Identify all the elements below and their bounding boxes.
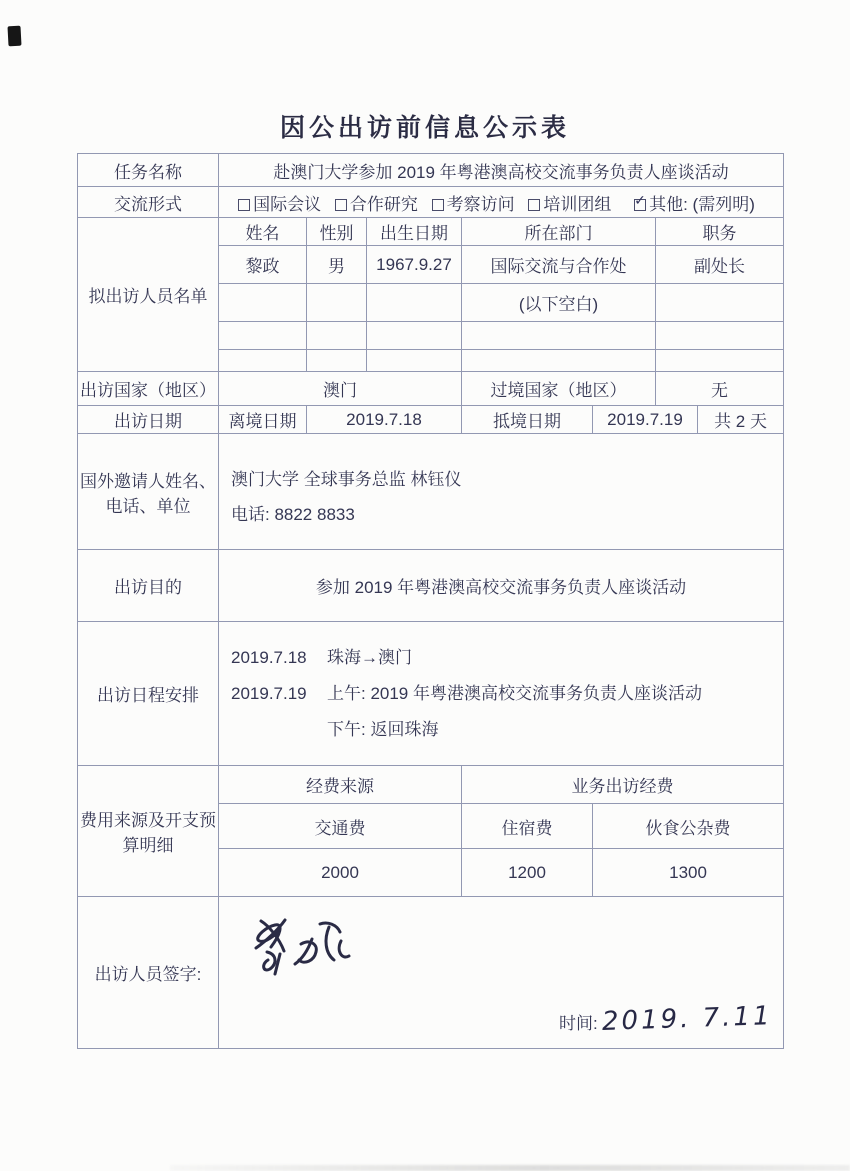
cell-birthdate — [367, 284, 462, 322]
task-row: 任务名称 赴澳门大学参加 2019 年粤港澳高校交流事务负责人座谈活动 — [78, 154, 784, 187]
depart-date-label: 离境日期 — [219, 406, 307, 434]
checkbox-icon — [432, 199, 444, 211]
budget-val-transport: 2000 — [219, 849, 462, 897]
option-training-group: 培训团组 — [528, 195, 611, 214]
depart-date-value: 2019.7.18 — [307, 406, 462, 434]
cell-birthdate — [367, 322, 462, 350]
schedule-text: 上午: 2019 年粤港澳高校交流事务负责人座谈活动 — [327, 684, 702, 703]
budget-val-lodging: 1200 — [462, 849, 593, 897]
signature-time: 时间: 2019. 7.11 — [559, 1006, 773, 1036]
exchange-label: 交流形式 — [78, 187, 219, 218]
option-joint-research: 合作研究 — [335, 195, 418, 214]
cell-gender — [307, 322, 367, 350]
purpose-row: 出访目的 参加 2019 年粤港澳高校交流事务负责人座谈活动 — [78, 550, 784, 622]
form-table: 任务名称 赴澳门大学参加 2019 年粤港澳高校交流事务负责人座谈活动 交流形式… — [77, 153, 784, 1049]
option-label: 培训团组 — [543, 195, 611, 214]
budget-cat-meals: 伙食公杂费 — [593, 804, 784, 849]
exchange-row: 交流形式 国际会议 合作研究 考察访问 培训团组 ✓其他: (需列明) — [78, 187, 784, 218]
budget-cat-lodging: 住宿费 — [462, 804, 593, 849]
countries-row: 出访国家（地区） 澳门 过境国家（地区） 无 — [78, 372, 784, 406]
schedule-line: 2019.7.19上午: 2019 年粤港澳高校交流事务负责人座谈活动 — [231, 676, 783, 712]
dest-country-label: 出访国家（地区） — [78, 372, 219, 406]
option-other-checked: ✓其他: (需列明) — [634, 195, 755, 214]
cell-birthdate — [367, 350, 462, 372]
cell-gender: 男 — [307, 246, 367, 284]
arrive-date-label: 抵境日期 — [462, 406, 593, 434]
scanned-form-page: 因公出访前信息公示表 任务名称 赴澳门大学参加 2019 年粤港澳高校交流事务负… — [0, 0, 850, 1171]
cell-position — [656, 350, 784, 372]
col-header-birthdate: 出生日期 — [367, 218, 462, 246]
signature-row: 出访人员签字: — [78, 897, 784, 1049]
cell-department — [462, 322, 656, 350]
cell-gender — [307, 350, 367, 372]
personnel-header-row: 拟出访人员名单 姓名 性别 出生日期 所在部门 职务 — [78, 218, 784, 246]
inviter-details: 澳门大学 全球事务总监 林钰仪 电话: 8822 8833 — [219, 452, 783, 532]
option-label: 合作研究 — [350, 195, 418, 214]
inviter-name-line: 澳门大学 全球事务总监 林钰仪 — [231, 462, 783, 497]
cell-position — [656, 322, 784, 350]
purpose-value: 参加 2019 年粤港澳高校交流事务负责人座谈活动 — [219, 550, 784, 622]
budget-val-meals: 1300 — [593, 849, 784, 897]
task-value: 赴澳门大学参加 2019 年粤港澳高校交流事务负责人座谈活动 — [219, 154, 784, 187]
handwritten-date: 2019. 7.11 — [602, 1001, 774, 1037]
dest-country-value: 澳门 — [219, 372, 462, 406]
col-header-department: 所在部门 — [462, 218, 656, 246]
budget-type-header: 业务出访经费 — [462, 766, 784, 804]
budget-label: 费用来源及开支预算明细 — [78, 766, 219, 897]
schedule-label: 出访日程安排 — [78, 622, 219, 766]
cell-department: 国际交流与合作处 — [462, 246, 656, 284]
cell-name — [219, 322, 307, 350]
budget-cat-transport: 交通费 — [219, 804, 462, 849]
cell-department — [462, 350, 656, 372]
budget-header-row: 费用来源及开支预算明细 经费来源 业务出访经费 — [78, 766, 784, 804]
cell-position — [656, 284, 784, 322]
inviter-value: 澳门大学 全球事务总监 林钰仪 电话: 8822 8833 — [219, 434, 784, 550]
cell-name — [219, 350, 307, 372]
time-label: 时间: — [559, 1014, 598, 1033]
inviter-row: 国外邀请人姓名、电话、单位 澳门大学 全球事务总监 林钰仪 电话: 8822 8… — [78, 434, 784, 550]
transit-country-value: 无 — [656, 372, 784, 406]
scan-artifact-mark — [7, 26, 21, 47]
option-label: 其他: (需列明) — [649, 195, 755, 214]
checkbox-icon — [238, 199, 250, 211]
schedule-line: 下午: 返回珠海 — [231, 712, 783, 748]
col-header-gender: 性别 — [307, 218, 367, 246]
check-mark: ✓ — [634, 193, 646, 207]
option-label: 国际会议 — [253, 195, 321, 214]
checkbox-checked-icon: ✓ — [634, 199, 646, 211]
schedule-line: 2019.7.18珠海→澳门 — [231, 640, 783, 676]
cell-gender — [307, 284, 367, 322]
personnel-label: 拟出访人员名单 — [78, 218, 219, 372]
option-inspection-visit: 考察访问 — [432, 195, 515, 214]
schedule-lines: 2019.7.18珠海→澳门 2019.7.19上午: 2019 年粤港澳高校交… — [219, 640, 783, 748]
handwritten-signature — [249, 911, 375, 989]
schedule-row: 出访日程安排 2019.7.18珠海→澳门 2019.7.19上午: 2019 … — [78, 622, 784, 766]
checkbox-icon — [528, 199, 540, 211]
cell-department-blank-note: (以下空白) — [462, 284, 656, 322]
arrive-date-value: 2019.7.19 — [593, 406, 698, 434]
schedule-value: 2019.7.18珠海→澳门 2019.7.19上午: 2019 年粤港澳高校交… — [219, 622, 784, 766]
schedule-date: 2019.7.19 — [231, 676, 327, 712]
inviter-phone-line: 电话: 8822 8833 — [231, 497, 783, 532]
cell-position: 副处长 — [656, 246, 784, 284]
cell-birthdate: 1967.9.27 — [367, 246, 462, 284]
col-header-name: 姓名 — [219, 218, 307, 246]
dates-label: 出访日期 — [78, 406, 219, 434]
schedule-text: 下午: 返回珠海 — [327, 720, 438, 739]
scan-edge-smudge — [170, 1165, 850, 1171]
transit-country-label: 过境国家（地区） — [462, 372, 656, 406]
checkbox-icon — [335, 199, 347, 211]
purpose-label: 出访目的 — [78, 550, 219, 622]
schedule-date: 2019.7.18 — [231, 640, 327, 676]
signature-label: 出访人员签字: — [78, 897, 219, 1049]
option-intl-conference: 国际会议 — [238, 195, 321, 214]
schedule-text: 珠海→澳门 — [327, 648, 412, 667]
page-title: 因公出访前信息公示表 — [0, 108, 850, 144]
task-label: 任务名称 — [78, 154, 219, 187]
exchange-options: 国际会议 合作研究 考察访问 培训团组 ✓其他: (需列明) — [219, 187, 784, 218]
inviter-label: 国外邀请人姓名、电话、单位 — [78, 434, 219, 550]
budget-source-header: 经费来源 — [219, 766, 462, 804]
signature-area: 时间: 2019. 7.11 — [219, 897, 784, 1049]
cell-name — [219, 284, 307, 322]
col-header-position: 职务 — [656, 218, 784, 246]
option-label: 考察访问 — [447, 195, 515, 214]
total-days: 共 2 天 — [698, 406, 784, 434]
cell-name: 黎政 — [219, 246, 307, 284]
dates-row: 出访日期 离境日期 2019.7.18 抵境日期 2019.7.19 共 2 天 — [78, 406, 784, 434]
